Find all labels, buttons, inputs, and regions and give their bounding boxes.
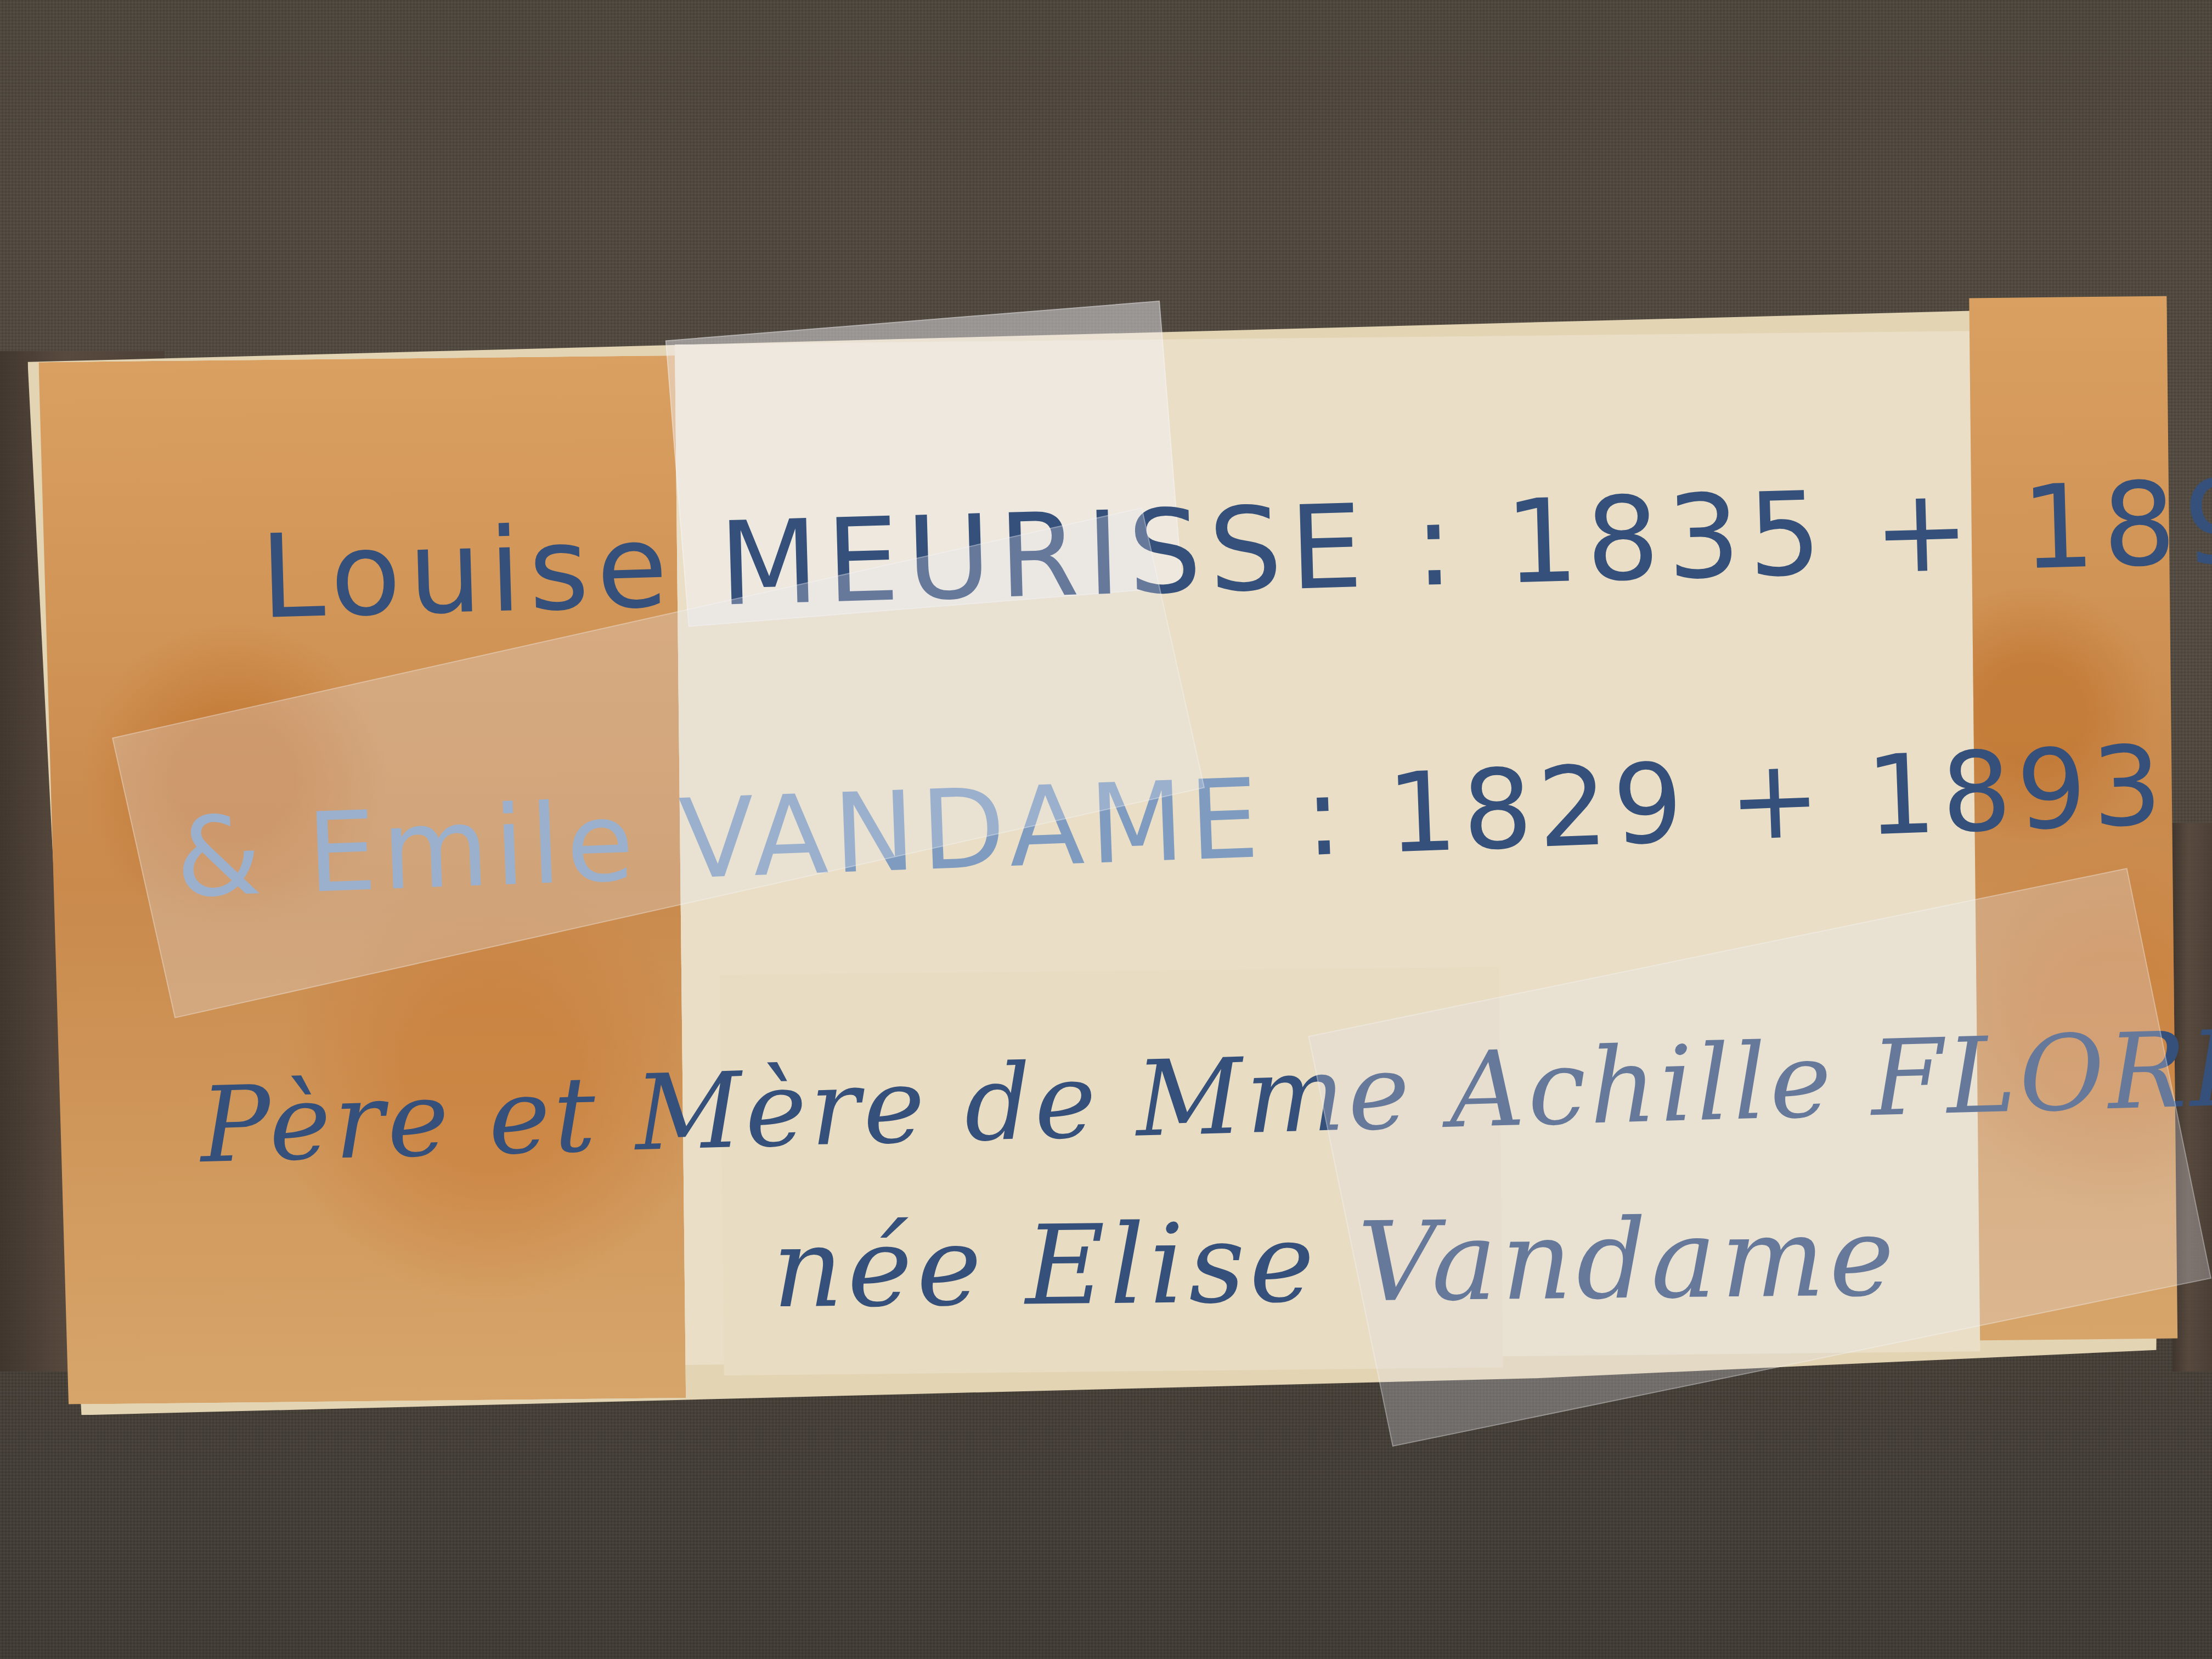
handwritten-label: Louise MEURISSE : 1835 + 1893 & Emile VA…: [27, 296, 2179, 1427]
separator-2: :: [1262, 751, 1390, 883]
dates-1: 1835 + 1893: [1503, 452, 2212, 610]
separator-1: :: [1368, 476, 1507, 614]
